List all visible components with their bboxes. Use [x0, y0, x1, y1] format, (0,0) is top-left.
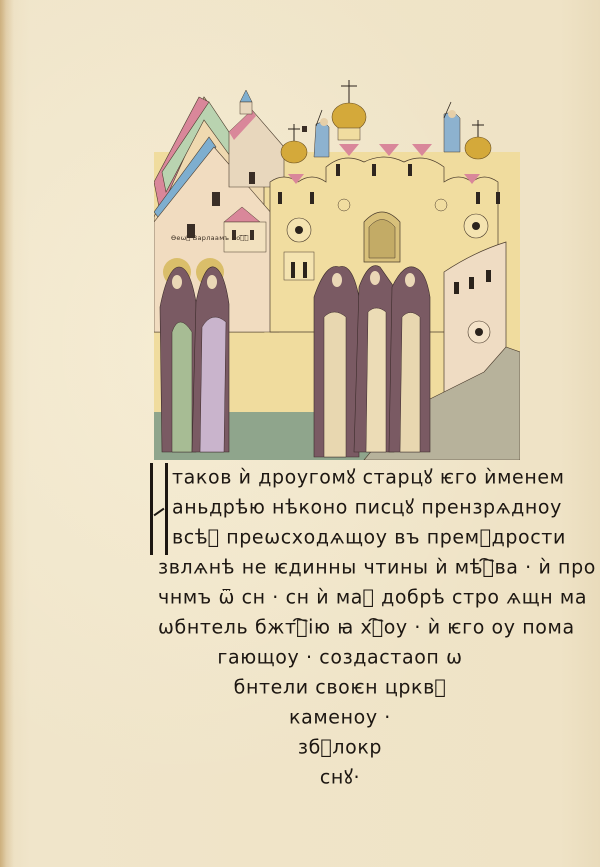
text-line: чнмъ ѿ сн · сн ѝ маⷣ добрѣ стро ѧщн ма: [150, 581, 530, 613]
text-line: таков ѝ дроугомꙋ старцꙋ ѥго ѝменем: [150, 461, 530, 493]
text-line: ѡбнтель бжтⷭ҇ію ꙗ хⷭ҇оу · ѝ ѥго оу пома: [150, 611, 530, 643]
text-line: бнтели своѥн црквⷪ: [150, 671, 530, 703]
binding-edge-stain: [0, 0, 14, 867]
text-line: звлѧнѣ не ѥдинны чтины ѝ мѣⷭ҇ва · ѝ про: [150, 551, 530, 583]
text-line: збⷣлокр: [150, 731, 530, 763]
group-of-monks: [314, 266, 430, 457]
text-line: каменоу ·: [150, 701, 530, 733]
text-line: аньдрѣю нѣконо писцꙋ прензрѧдноу: [150, 491, 530, 523]
text-line: снꙋ·: [150, 761, 530, 793]
text-line: гающоу · создастаоп ѡ: [150, 641, 530, 673]
manuscript-page: Ѳеѡ꙽ Варлаамъ ноⷡ҇ꙋ҇ таков ѝ дроугомꙋ ст…: [0, 0, 600, 867]
text-line: всѣⷯ преѡсходѧщоу въ премꙋдрости: [150, 521, 530, 553]
miniature-caption: Ѳеѡ꙽ Варлаамъ ноⷡ҇ꙋ҇: [171, 234, 249, 242]
monastery-scene: [154, 72, 520, 460]
miniature-illustration: [154, 72, 520, 460]
manuscript-text: таков ѝ дроугомꙋ старцꙋ ѥго ѝменем аньдр…: [150, 462, 530, 792]
